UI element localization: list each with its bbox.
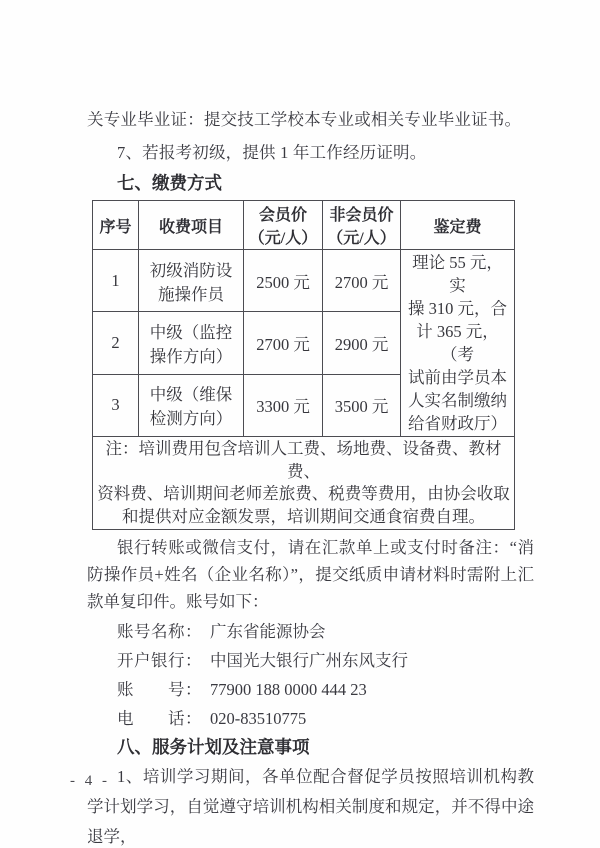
detail-label: 电 话：	[117, 709, 202, 728]
item-cell: 中级（监控操作方向）	[139, 312, 244, 374]
detail-value: 77900 188 0000 444 23	[210, 680, 367, 699]
transfer-paragraph: 银行转账或微信支付，请在汇款单上或支付时备注：“消防操作员+姓名（企业名称）”，…	[87, 534, 534, 615]
bank-details: 账号名称：广东省能源协会 开户银行：中国光大银行广州东风支行 账 号：77900…	[117, 617, 534, 733]
non-member-price-cell: 2900 元	[323, 312, 401, 374]
header-cell-member-price: 会员价 （元/人）	[244, 201, 323, 250]
header-cell-item: 收费项目	[139, 201, 244, 250]
detail-value: 广东省能源协会	[210, 622, 326, 641]
detail-value: 020-83510775	[210, 709, 306, 728]
document-page: 关专业毕业证：提交技工学校本专业或相关专业毕业证书。 7、若报考初级，提供 1 …	[0, 0, 600, 848]
bank-detail-bank-branch: 开户银行：中国光大银行广州东风支行	[117, 646, 534, 675]
appraisal-detail-cell: 理论 55 元，实 操 310 元，合 计 365 元，（考 试前由学员本 人实…	[401, 250, 515, 437]
detail-label: 开户银行：	[117, 651, 202, 670]
serial-cell: 2	[93, 312, 139, 374]
bank-detail-account-number: 账 号：77900 188 0000 444 23	[117, 675, 534, 704]
detail-value: 中国光大银行广州东风支行	[210, 651, 408, 670]
item-cell: 初级消防设施操作员	[139, 250, 244, 312]
fee-table-header-row: 序号 收费项目 会员价 （元/人） 非会员价 （元/人） 鉴定费	[93, 201, 515, 250]
fee-table: 序号 收费项目 会员价 （元/人） 非会员价 （元/人） 鉴定费 1 初级消防设…	[92, 200, 515, 530]
serial-cell: 3	[93, 374, 139, 436]
fee-table-note-row: 注：培训费用包含培训人工费、场地费、设备费、教材费、 资料费、培训期间老师差旅费…	[93, 437, 515, 530]
non-member-price-cell: 2700 元	[323, 250, 401, 312]
detail-label: 账号名称：	[117, 622, 202, 641]
item-1-paragraph: 1、培训学习期间，各单位配合督促学员按照培训机构教学计划学习，自觉遵守培训机构相…	[87, 762, 534, 848]
section-heading-service: 八、服务计划及注意事项	[117, 734, 534, 760]
bank-detail-phone: 电 话：020-83510775	[117, 704, 534, 733]
member-price-cell: 2700 元	[244, 312, 323, 374]
note-cell: 注：培训费用包含培训人工费、场地费、设备费、教材费、 资料费、培训期间老师差旅费…	[93, 437, 515, 530]
member-price-cell: 3300 元	[244, 374, 323, 436]
page-number: - 4 -	[70, 773, 110, 790]
header-cell-non-member-price: 非会员价 （元/人）	[323, 201, 401, 250]
detail-label: 账 号：	[117, 680, 202, 699]
header-cell-appraisal-fee: 鉴定费	[401, 201, 515, 250]
bank-detail-account-name: 账号名称：广东省能源协会	[117, 617, 534, 646]
fee-table-row: 1 初级消防设施操作员 2500 元 2700 元 理论 55 元，实 操 31…	[93, 250, 515, 312]
header-cell-serial: 序号	[93, 201, 139, 250]
section-heading-payment: 七、缴费方式	[117, 170, 534, 196]
non-member-price-cell: 3500 元	[323, 374, 401, 436]
document-content: 关专业毕业证：提交技工学校本专业或相关专业毕业证书。 7、若报考初级，提供 1 …	[87, 104, 534, 848]
item-7-paragraph: 7、若报考初级，提供 1 年工作经历证明。	[87, 137, 534, 168]
item-cell: 中级（维保检测方向）	[139, 374, 244, 436]
member-price-cell: 2500 元	[244, 250, 323, 312]
continuation-paragraph: 关专业毕业证：提交技工学校本专业或相关专业毕业证书。	[87, 104, 534, 135]
serial-cell: 1	[93, 250, 139, 312]
